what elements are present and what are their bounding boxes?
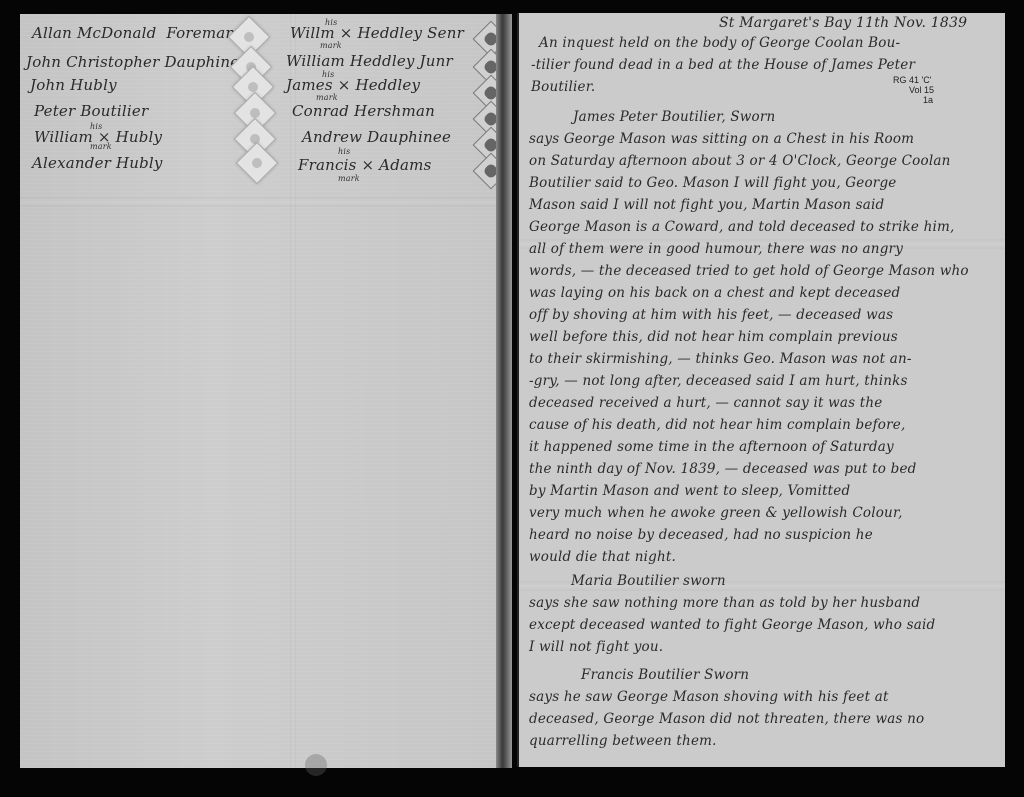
text-line: was laying on his back on a chest and ke… xyxy=(529,285,900,301)
text-line: very much when he awoke green & yellowis… xyxy=(529,505,903,521)
juror-signature: William Heddley Junr xyxy=(286,52,453,70)
text-line: quarrelling between them. xyxy=(529,733,717,749)
ink-smudge xyxy=(305,754,327,776)
text-line: I will not fight you. xyxy=(529,639,663,655)
mark-annotation: mark xyxy=(338,174,360,183)
text-line: it happened some time in the afternoon o… xyxy=(529,439,894,455)
witness-heading: James Peter Boutilier, Sworn xyxy=(573,109,775,125)
left-page: Allan McDonald Foreman John Christopher … xyxy=(20,14,504,768)
text-line: says George Mason was sitting on a Chest… xyxy=(529,131,914,147)
text-line: says she saw nothing more than as told b… xyxy=(529,595,920,611)
juror-signature: Andrew Dauphinee xyxy=(302,128,451,146)
paper-fold xyxy=(290,14,296,768)
text-line: would die that night. xyxy=(529,549,676,565)
text-line: off by shoving at him with his feet, — d… xyxy=(529,307,893,323)
text-line: the ninth day of Nov. 1839, — deceased w… xyxy=(529,461,917,477)
juror-signature: Alexander Hubly xyxy=(32,154,163,172)
juror-signature: Francis × Adams xyxy=(298,156,431,174)
juror-signature: Conrad Hershman xyxy=(292,102,435,120)
text-line: deceased, George Mason did not threaten,… xyxy=(529,711,924,727)
juror-signature: John Hubly xyxy=(30,76,117,94)
text-line: Boutilier. xyxy=(531,79,595,95)
text-line: on Saturday afternoon about 3 or 4 O'Clo… xyxy=(529,153,951,169)
juror-signature: John Christopher Dauphinee xyxy=(26,53,248,71)
text-line: cause of his death, did not hear him com… xyxy=(529,417,905,433)
mark-annotation: his xyxy=(325,18,337,27)
juror-signature: James × Heddley xyxy=(286,76,420,94)
text-line: by Martin Mason and went to sleep, Vomit… xyxy=(529,483,850,499)
book-spine xyxy=(496,14,512,768)
text-line: Boutilier said to Geo. Mason I will figh… xyxy=(529,175,897,191)
text-line: well before this, did not hear him compl… xyxy=(529,329,898,345)
text-line: all of them were in good humour, there w… xyxy=(529,241,903,257)
text-line: -tilier found dead in a bed at the House… xyxy=(531,57,915,73)
mark-annotation: mark xyxy=(90,142,112,151)
text-line: except deceased wanted to fight George M… xyxy=(529,617,935,633)
text-line: George Mason is a Coward, and told decea… xyxy=(529,219,955,235)
text-line: words, — the deceased tried to get hold … xyxy=(529,263,969,279)
juror-signature: Allan McDonald Foreman xyxy=(32,24,235,42)
document-heading: St Margaret's Bay 11th Nov. 1839 xyxy=(719,15,967,31)
text-line: deceased received a hurt, — cannot say i… xyxy=(529,395,882,411)
right-page: St Margaret's Bay 11th Nov. 1839 RG 41 '… xyxy=(517,13,1005,767)
text-line: heard no noise by deceased, had no suspi… xyxy=(529,527,873,543)
paper-fold xyxy=(20,197,504,207)
mark-annotation: mark xyxy=(320,41,342,50)
mark-annotation: his xyxy=(338,147,350,156)
archive-reference-stamp: RG 41 'C' Vol 15 1a xyxy=(893,75,934,105)
text-line: An inquest held on the body of George Co… xyxy=(539,35,900,51)
text-line: Mason said I will not fight you, Martin … xyxy=(529,197,884,213)
text-line: to their skirmishing, — thinks Geo. Maso… xyxy=(529,351,912,367)
juror-signature: Peter Boutilier xyxy=(34,102,148,120)
mark-annotation: his xyxy=(90,122,102,131)
mark-annotation: his xyxy=(322,70,334,79)
witness-heading: Maria Boutilier sworn xyxy=(571,573,726,589)
mark-annotation: mark xyxy=(316,93,338,102)
text-line: -gry, — not long after, deceased said I … xyxy=(529,373,908,389)
text-line: says he saw George Mason shoving with hi… xyxy=(529,689,889,705)
witness-heading: Francis Boutilier Sworn xyxy=(581,667,749,683)
juror-signature: Willm × Heddley Senr xyxy=(290,24,464,42)
